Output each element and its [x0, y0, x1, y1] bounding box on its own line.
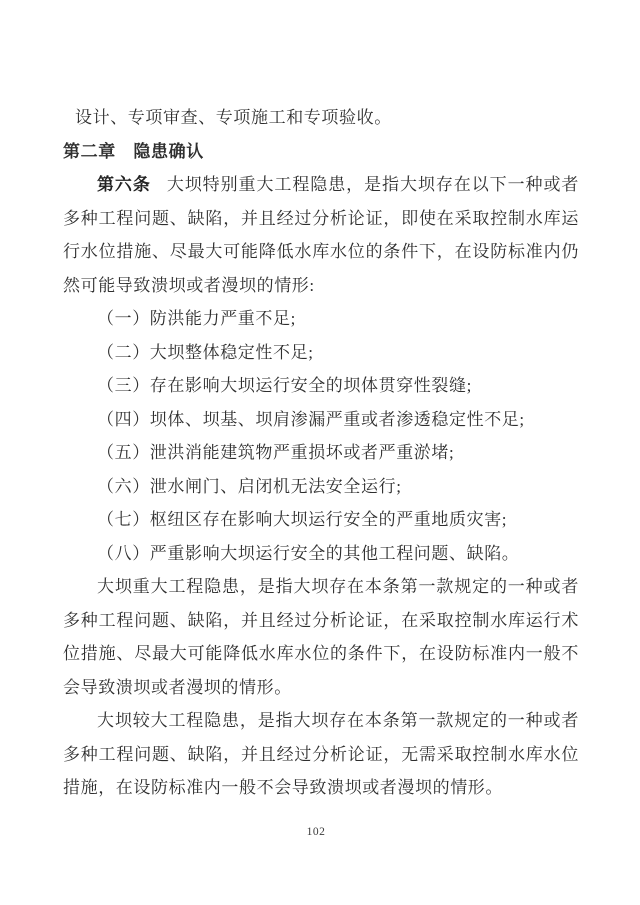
- article-6-lead-paragraph: 第六条大坝特别重大工程隐患，是指大坝存在以下一种或者多种工程问题、缺陷，并且经过…: [63, 168, 579, 302]
- major-hazard-paragraph: 大坝重大工程隐患，是指大坝存在本条第一款规定的一种或者多种工程问题、缺陷，并且经…: [63, 570, 579, 704]
- hazard-item-7: （七）枢纽区存在影响大坝运行安全的严重地质灾害;: [63, 503, 579, 537]
- hazard-item-4: （四）坝体、坝基、坝肩渗漏严重或者渗透稳定性不足;: [63, 403, 579, 437]
- hazard-item-5: （五）泄洪消能建筑物严重损坏或者严重淤堵;: [63, 436, 579, 470]
- hazard-item-1: （一）防洪能力严重不足;: [63, 302, 579, 336]
- document-body: 设计、专项审查、专项施工和专项验收。 第二章 隐患确认 第六条大坝特别重大工程隐…: [63, 101, 579, 805]
- considerable-hazard-paragraph: 大坝较大工程隐患，是指大坝存在本条第一款规定的一种或者多种工程问题、缺陷，并且经…: [63, 704, 579, 805]
- chapter-heading: 第二章 隐患确认: [63, 135, 579, 169]
- article-6-label: 第六条: [97, 175, 151, 194]
- hazard-item-2: （二）大坝整体稳定性不足;: [63, 336, 579, 370]
- continuation-paragraph: 设计、专项审查、专项施工和专项验收。: [63, 101, 579, 135]
- hazard-item-6: （六）泄水闸门、启闭机无法安全运行;: [63, 470, 579, 504]
- document-page: 设计、专项审查、专项施工和专项验收。 第二章 隐患确认 第六条大坝特别重大工程隐…: [0, 0, 640, 905]
- hazard-item-8: （八）严重影响大坝运行安全的其他工程问题、缺陷。: [63, 537, 579, 571]
- page-number: 102: [0, 826, 632, 838]
- hazard-item-3: （三）存在影响大坝运行安全的坝体贯穿性裂缝;: [63, 369, 579, 403]
